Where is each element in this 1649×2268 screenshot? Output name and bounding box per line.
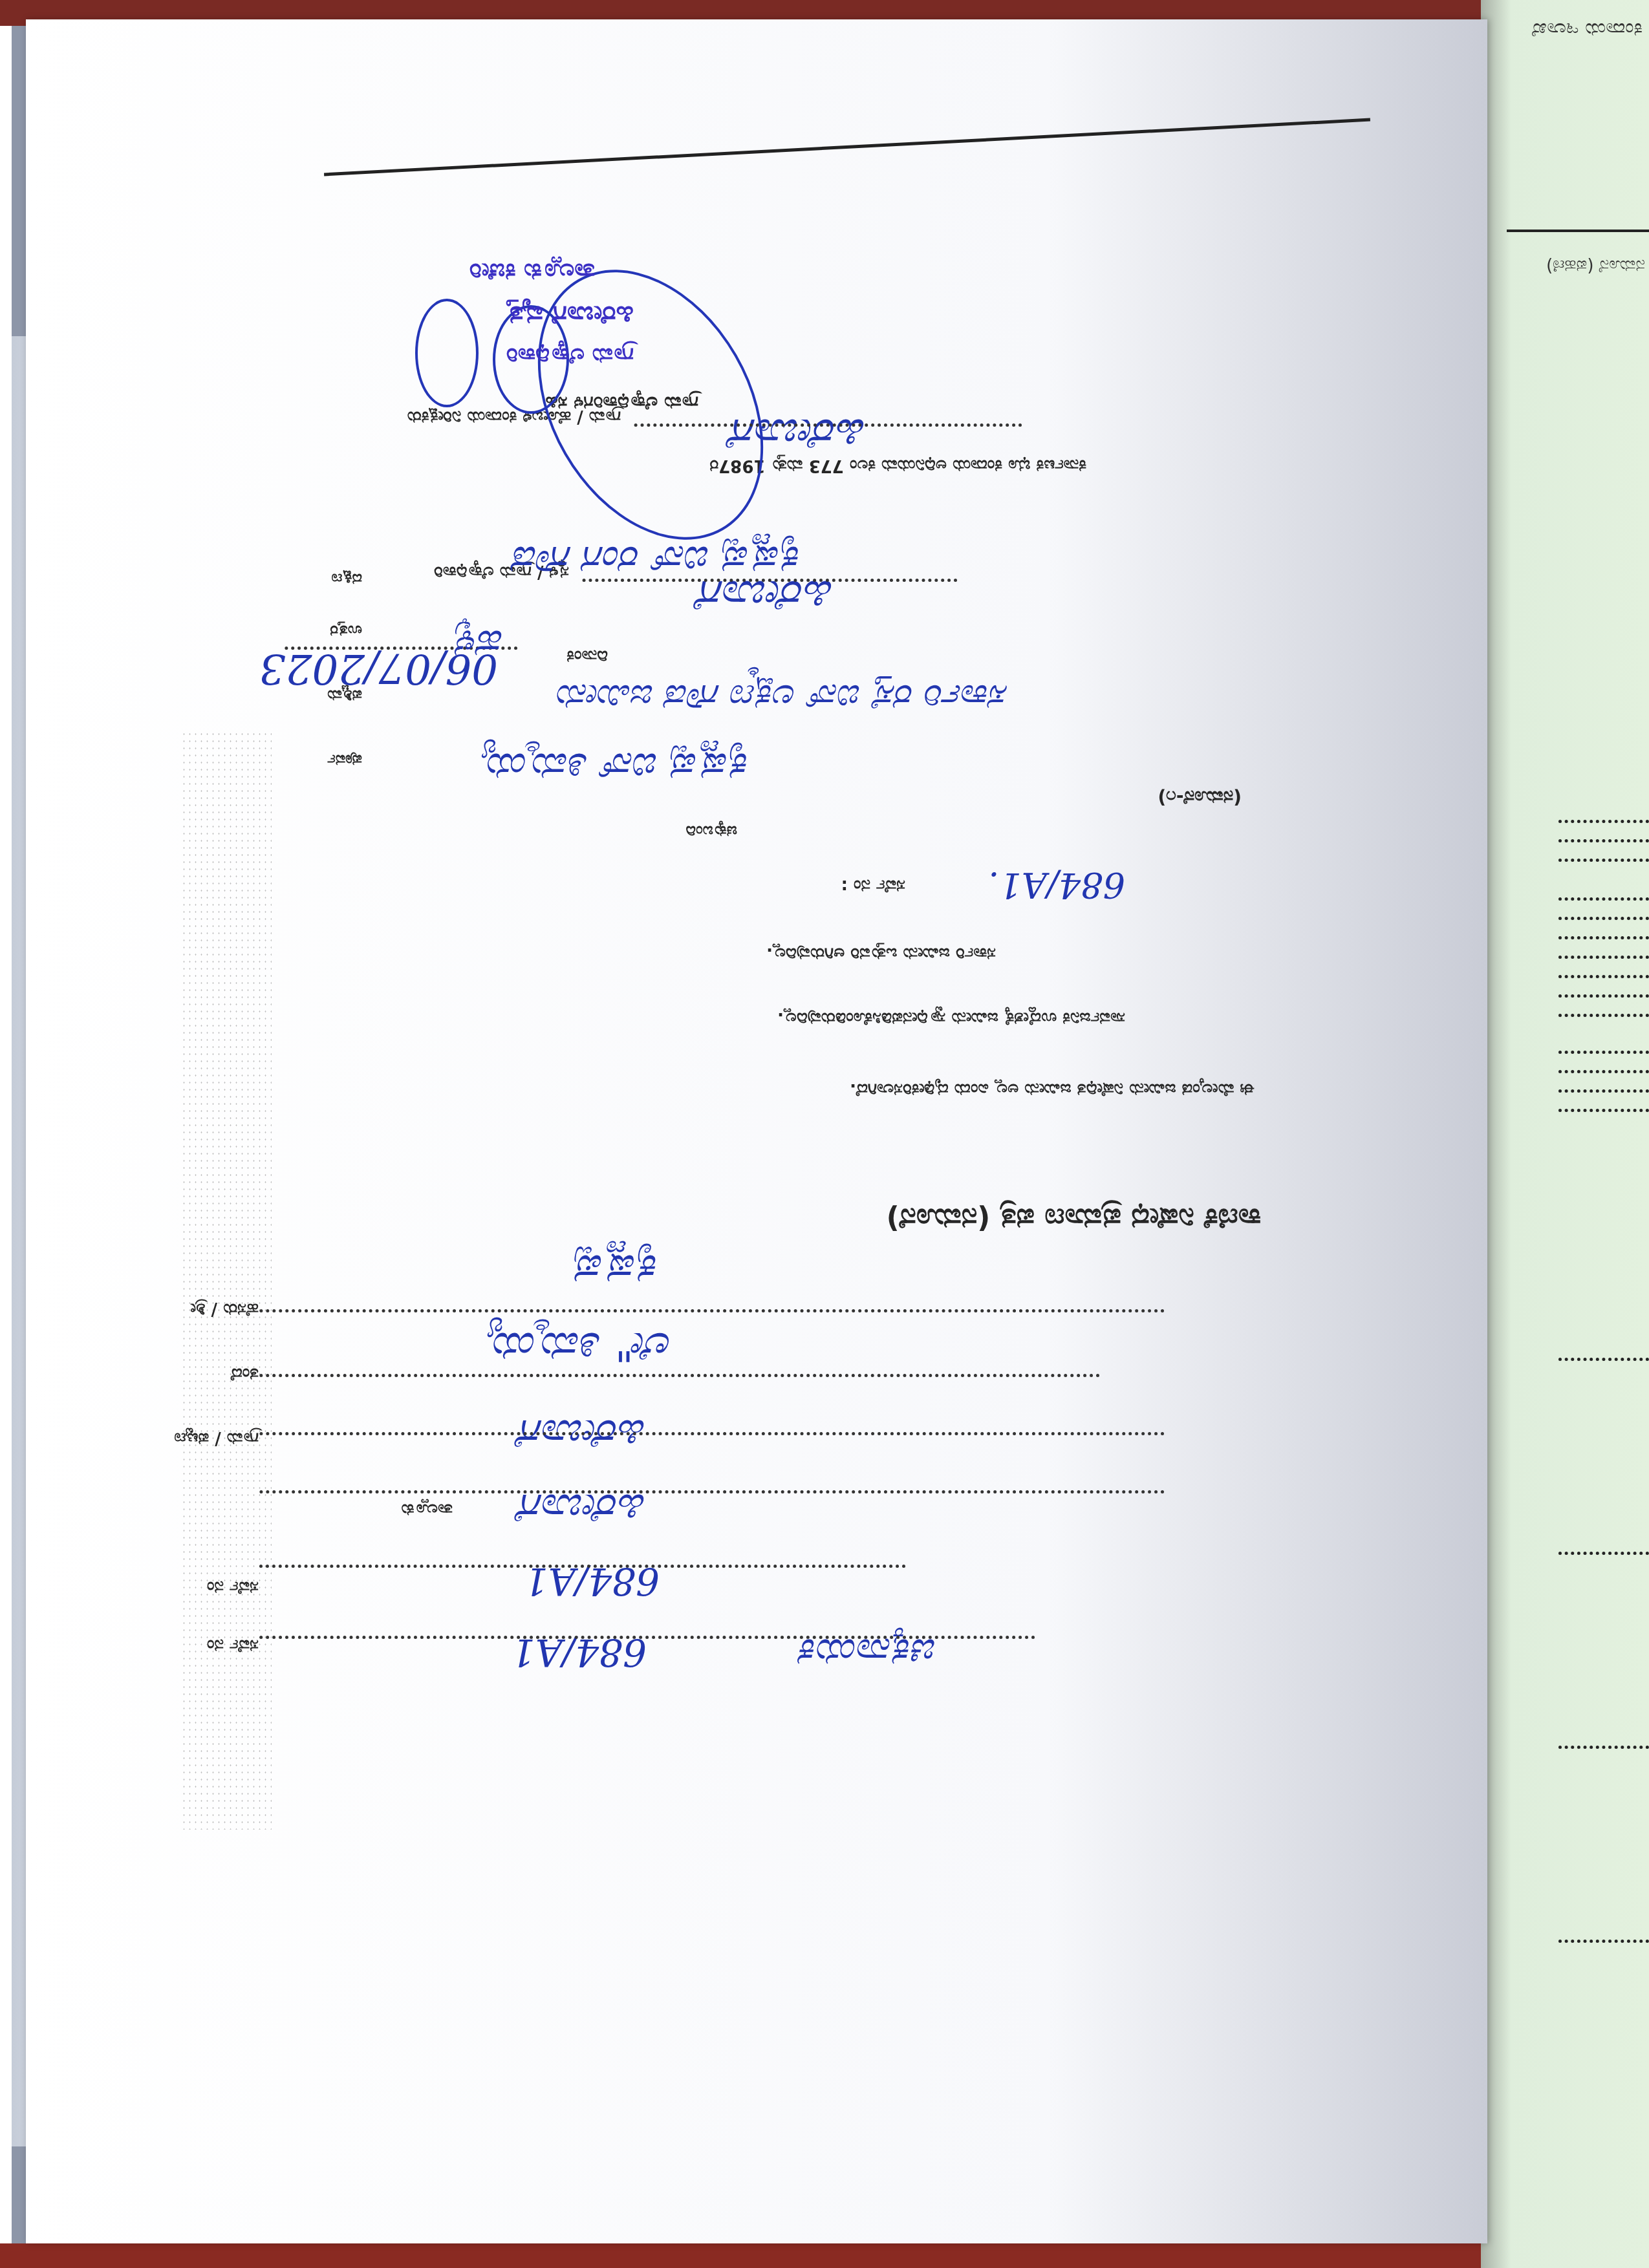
field-dotted-line — [259, 1490, 1164, 1493]
act-reference-line: ಕರ್ನಾಟಕ ಭೂ ಕಂದಾಯ ಅಧಿನಿಯಮ ಕಲಂ 773 ಮತ್ತು 1… — [709, 455, 1086, 475]
header-rule — [324, 118, 1370, 177]
form-subtitle: (ನಮೂನೆ-೧) — [1158, 786, 1242, 808]
field-survey-label-2: ಸರ್ವೆ ನಂ — [207, 1635, 259, 1655]
scanned-certificate-page: ದಿನಾಂಕ 06/07/2023 ಸ್ಥಳ / ಗ್ರಾಮ ಲೆಕ್ಕಾಧಿಕ… — [26, 19, 1487, 2243]
field-dotted-line — [259, 1565, 905, 1568]
register-dotted-line — [1558, 1089, 1649, 1093]
body-line-3: ಸರ್ಕಾರಿ ಜಮೀನು ಒತ್ತುವರಿ ಆಗಿರುವುದಿಲ್ಲ. — [766, 943, 996, 963]
boundary-east-value: ಕೃಷ್ಣಪ್ಪ ಬಿನ್ ತಿಮ್ಮಯ್ಯ — [483, 744, 750, 789]
register-dotted-line — [1558, 897, 1649, 901]
register-dotted-line — [1558, 1746, 1649, 1749]
side-register-rule — [1507, 230, 1649, 232]
body-line-2: ಸಾರ್ವಜನಿಕ ಉದ್ದೇಶಕ್ಕೆ ಜಮೀನು ಸ್ವಾಧೀನಪಡಿಸಿಕ… — [777, 1008, 1125, 1028]
field-name-label: ಹೆಸರು / ಶ್ರೀ — [191, 1299, 259, 1319]
side-register-header: ಕಂದಾಯ ಇಲಾಖೆ — [1532, 18, 1643, 41]
field-village-label: ಗ್ರಾಮ / ಪಟ್ಟಣ — [174, 1428, 259, 1448]
boundary-west-value: ಸರ್ಕಾರಿ ರಸ್ತೆ ಬಿನ್ ಲಕ್ಷ್ಮಣ ಗೌಡ ಜಮೀನು — [558, 676, 1009, 718]
field-father-value: ಲೇ" ತಿಮ್ಮಯ್ಯ — [489, 1323, 673, 1371]
body-line-1: ಈ ಮೇಲ್ಕಂಡ ಜಮೀನು ನಿಷೇಧಿತ ಜಮೀನು ಅಲ್ಲ ಎಂದು … — [850, 1079, 1255, 1099]
register-dotted-line — [1558, 1552, 1649, 1555]
register-dotted-line — [1558, 936, 1649, 939]
official-stamp-line-2: ಹಿರೇಬಾಗೆ ವೃತ್ತ — [508, 300, 634, 330]
field-dotted-line — [259, 1374, 1099, 1377]
field-taluk-label: ತಾಲ್ಲೂಕು — [402, 1499, 453, 1519]
register-dotted-line — [1558, 917, 1649, 920]
form-title: ಕಾಣಿಕೆ ನಿಷೇಧ ಪ್ರಮಾಣ ಪತ್ರ (ನಮೂನೆ) — [887, 1202, 1261, 1235]
field-survey-label-1: ಸರ್ವೆ ನಂ — [207, 1577, 259, 1597]
register-dotted-line — [1558, 1358, 1649, 1361]
survey-number-label: ಸರ್ವೆ ನಂ : — [841, 875, 905, 895]
field-dotted-line — [259, 1432, 1164, 1435]
survey-number-value: 684/A1. — [988, 864, 1125, 905]
register-dotted-line — [1558, 1014, 1649, 1017]
register-dotted-line — [1558, 859, 1649, 862]
side-register-subheader: ನಮೂನೆ (ಪಹಣಿ) — [1546, 255, 1645, 275]
page-content-rotated: ದಿನಾಂಕ 06/07/2023 ಸ್ಥಳ / ಗ್ರಾಮ ಲೆಕ್ಕಾಧಿಕ… — [26, 19, 1487, 2243]
register-dotted-line — [1558, 839, 1649, 842]
boundary-north-label: ಉತ್ತರ — [330, 622, 362, 640]
official-stamp-line-1: ಗ್ರಾಮ ಲೆಕ್ಕಾಧಿಕಾರಿ — [506, 343, 634, 369]
footer-date-label: ದಿನಾಂಕ — [566, 646, 608, 666]
boundary-south-label: ದಕ್ಷಿಣ — [332, 570, 362, 588]
register-dotted-line — [1558, 1070, 1649, 1073]
field-name-value: ಕೃಷ್ಣಪ್ಪ — [575, 1245, 660, 1293]
register-dotted-line — [1558, 1051, 1649, 1054]
field-dotted-line — [259, 1309, 1164, 1312]
boundary-south-value: ಕೃಷ್ಣಪ್ಪ ಬಿನ್ ರಂಗ ಗೌಡ — [514, 537, 802, 582]
official-stamp-line-3: ತಾಲ್ಲೂಕು ಕಚೇರಿ — [469, 257, 595, 284]
boundary-west-label: ಪಶ್ಚಿಮ — [327, 687, 362, 705]
register-dotted-line — [1558, 1940, 1649, 1943]
register-dotted-line — [1558, 956, 1649, 959]
register-dotted-line — [1558, 975, 1649, 978]
register-dotted-line — [1558, 820, 1649, 823]
register-dotted-line — [1558, 1109, 1649, 1112]
boundary-north-value: ಹಳ್ಳ — [456, 621, 504, 666]
boundaries-heading: ಚಕ್ಕುಬಂದಿ — [686, 822, 738, 840]
field-father-label: ತಂದೆ — [231, 1364, 259, 1384]
field-dotted-line — [259, 1636, 1035, 1639]
scanner-background-bottom — [0, 2243, 1649, 2268]
register-dotted-line — [1558, 994, 1649, 998]
signature-loop — [415, 299, 479, 407]
boundary-east-label: ಪೂರ್ವ — [327, 751, 362, 769]
side-register-page: ಕಂದಾಯ ಇಲಾಖೆ ನಮೂನೆ (ಪಹಣಿ) — [1481, 0, 1649, 2268]
